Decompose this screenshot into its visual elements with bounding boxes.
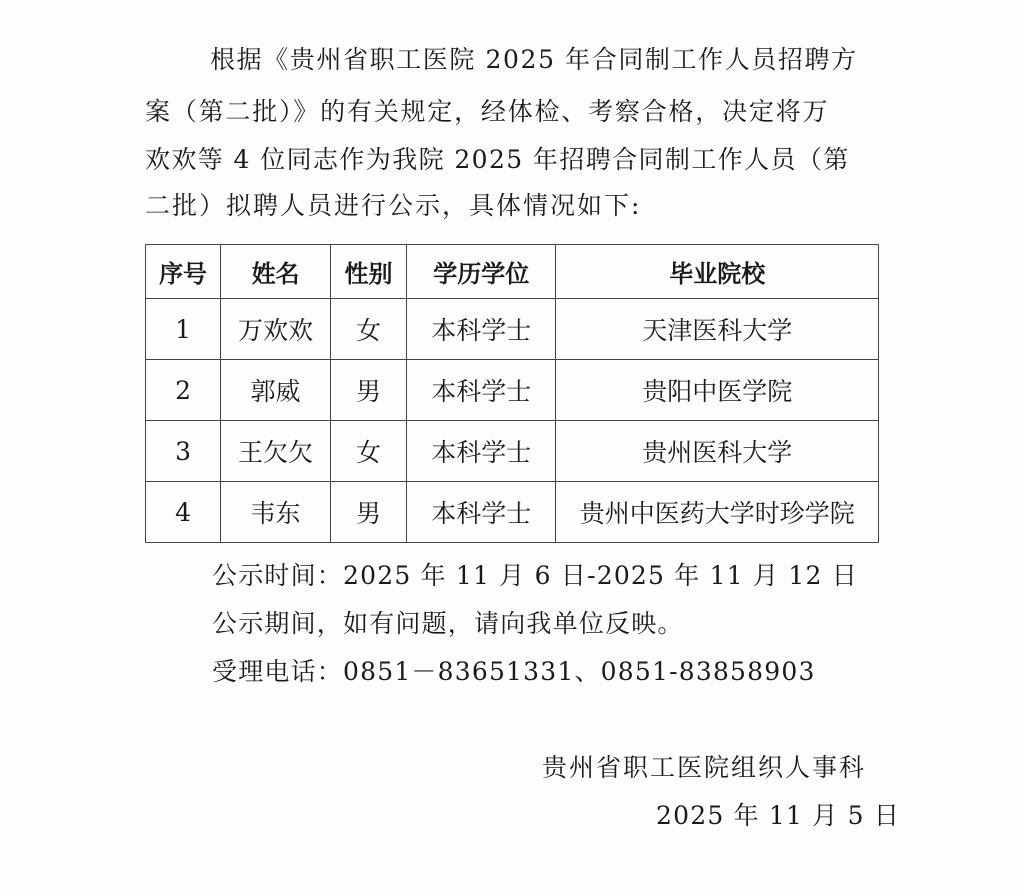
cell-gender: 女 (331, 421, 407, 482)
cell-index: 3 (146, 421, 221, 482)
cell-index: 4 (146, 482, 221, 543)
table-row: 1 万欢欢 女 本科学士 天津医科大学 (146, 299, 879, 360)
candidates-table: 序号 姓名 性别 学历学位 毕业院校 1 万欢欢 女 本科学士 天津医科大学 2… (145, 244, 879, 543)
cell-name: 王欠欠 (221, 421, 331, 482)
table-row: 4 韦东 男 本科学士 贵州中医药大学时珍学院 (146, 482, 879, 543)
cell-degree: 本科学士 (407, 482, 556, 543)
cell-school: 贵阳中医学院 (556, 360, 879, 421)
cell-school: 天津医科大学 (556, 299, 879, 360)
table-row: 3 王欠欠 女 本科学士 贵州医科大学 (146, 421, 879, 482)
intro-line-2: 案（第二批）》的有关规定，经体检、考察合格，决定将万 (145, 92, 829, 128)
cell-index: 1 (146, 299, 221, 360)
cell-name: 韦东 (221, 482, 331, 543)
signature-date: 2025 年 11 月 5 日 (656, 796, 900, 832)
signature-org: 贵州省职工医院组织人事科 (542, 748, 866, 784)
header-degree: 学历学位 (407, 245, 556, 299)
cell-name: 郭威 (221, 360, 331, 421)
intro-line-1: 根据《贵州省职工医院 2025 年合同制工作人员招聘方 (210, 40, 858, 76)
cell-gender: 男 (331, 360, 407, 421)
cell-school: 贵州医科大学 (556, 421, 879, 482)
notice-phone: 受理电话：0851－83651331、0851-83858903 (212, 652, 816, 688)
cell-gender: 男 (331, 482, 407, 543)
header-school: 毕业院校 (556, 245, 879, 299)
table-row: 2 郭威 男 本科学士 贵阳中医学院 (146, 360, 879, 421)
header-gender: 性别 (331, 245, 407, 299)
intro-line-4: 二批）拟聘人员进行公示，具体情况如下: (145, 186, 641, 222)
cell-degree: 本科学士 (407, 299, 556, 360)
cell-degree: 本科学士 (407, 360, 556, 421)
header-index: 序号 (146, 245, 221, 299)
cell-gender: 女 (331, 299, 407, 360)
table-header-row: 序号 姓名 性别 学历学位 毕业院校 (146, 245, 879, 299)
notice-feedback: 公示期间，如有问题，请向我单位反映。 (212, 604, 684, 640)
notice-period: 公示时间：2025 年 11 月 6 日-2025 年 11 月 12 日 (212, 556, 858, 592)
intro-line-3: 欢欢等 4 位同志作为我院 2025 年招聘合同制工作人员（第 (145, 140, 850, 176)
cell-name: 万欢欢 (221, 299, 331, 360)
cell-index: 2 (146, 360, 221, 421)
header-name: 姓名 (221, 245, 331, 299)
cell-degree: 本科学士 (407, 421, 556, 482)
cell-school: 贵州中医药大学时珍学院 (556, 482, 879, 543)
